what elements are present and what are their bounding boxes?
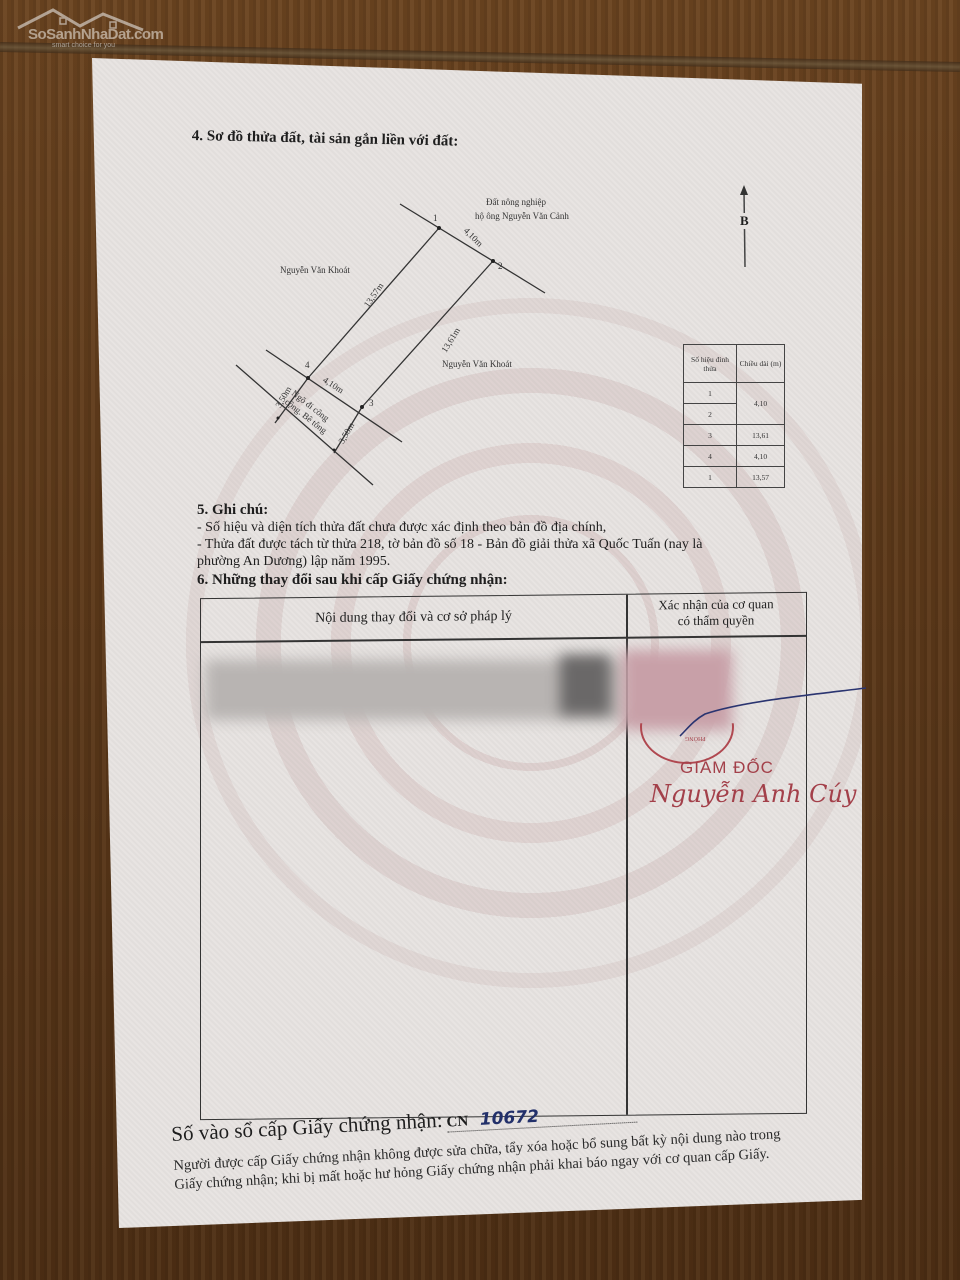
section4-title: 4. Sơ đồ thửa đất, tài sản gắn liền với …	[192, 128, 459, 151]
table-row-length: 4,10	[737, 383, 785, 425]
point-label-2: 2	[498, 261, 503, 271]
neighbor-north-line2: hộ ông Nguyễn Văn Cảnh	[475, 211, 569, 221]
table-row-point: 1	[684, 383, 737, 404]
point-label-1: 1	[433, 213, 438, 223]
note-line: phường An Dương) lập năm 1995.	[197, 553, 702, 570]
neighbor-east: Nguyễn Văn Khoát	[442, 359, 512, 369]
table-row-point: 4	[684, 446, 737, 467]
signer-name: Nguyễn Anh Cúy	[650, 780, 856, 808]
header-divider	[201, 635, 806, 643]
section5: 5. Ghi chú: - Số hiệu và diện tích thửa …	[197, 502, 702, 589]
redacted-content	[560, 655, 610, 715]
table-header-point: Số hiệu đỉnh thửa	[684, 345, 737, 383]
land-parcel-sketch	[220, 190, 560, 490]
note-line: - Thửa đất được tách từ thửa 218, tờ bản…	[197, 536, 702, 553]
table-row-point: 1	[684, 467, 737, 488]
col-confirm-header: Xác nhận của cơ quan có thẩm quyền	[626, 596, 806, 630]
north-label: B	[739, 213, 750, 229]
table-header-length: Chiều dài (m)	[737, 345, 785, 383]
table-row-length: 13,57	[737, 467, 785, 488]
table-row-length: 13,61	[737, 425, 785, 446]
table-row-point: 3	[684, 425, 737, 446]
point-label-4: 4	[305, 360, 310, 370]
section6-title: 6. Những thay đổi sau khi cấp Giấy chứng…	[197, 572, 702, 589]
point-label-3: 3	[369, 398, 374, 408]
register-number-handwritten: 10672	[479, 1107, 539, 1130]
stamp-text: PHÒNG	[685, 735, 706, 741]
table-row-length: 4,10	[737, 446, 785, 467]
neighbor-north-line1: Đất nông nghiệp	[486, 197, 546, 207]
neighbor-west: Nguyễn Văn Khoát	[280, 265, 350, 275]
note-line: - Số hiệu và diện tích thửa đất chưa đượ…	[197, 519, 702, 536]
section5-title: 5. Ghi chú:	[197, 502, 702, 519]
col-content-header: Nội dung thay đổi và cơ sở pháp lý	[201, 607, 626, 628]
vertex-length-table: Số hiệu đỉnh thửa Chiều dài (m) 14,10 2 …	[683, 344, 785, 488]
signer-title: GIÁM ĐỐC	[680, 758, 774, 778]
register-prefix: CN	[446, 1113, 468, 1130]
table-row-point: 2	[684, 404, 737, 425]
